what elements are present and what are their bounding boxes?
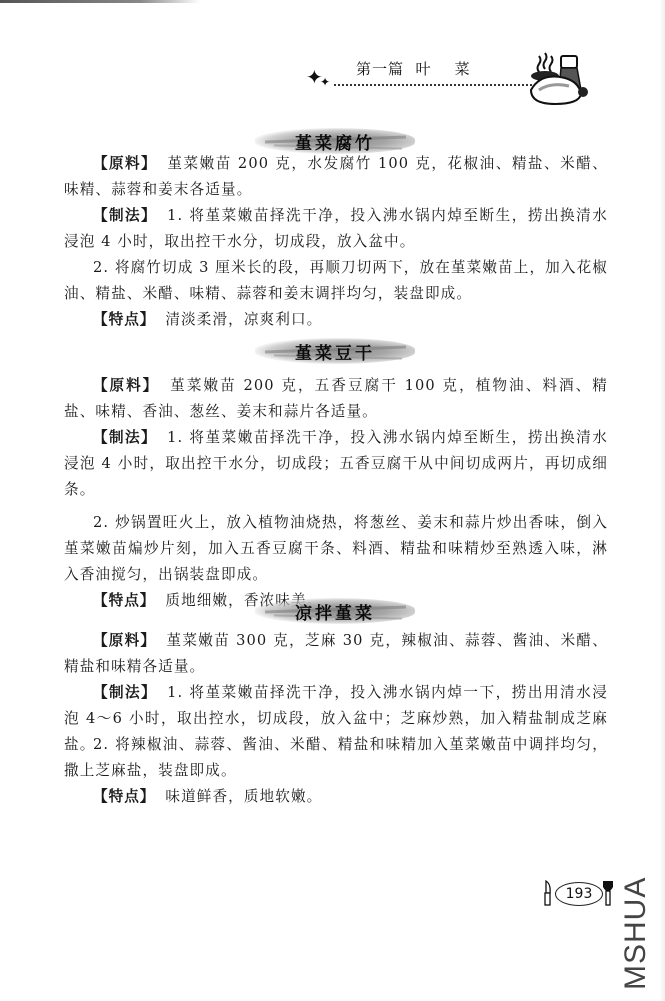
ingredients-label: 【原料】 xyxy=(93,377,159,394)
method-step-text: 2. 将辣椒油、蒜蓉、酱油、米醋、精盐和味精加入堇菜嫩苗中调拌均匀，撒上芝麻盐，… xyxy=(64,736,608,779)
scan-top-edge xyxy=(0,0,200,3)
features-label: 【特点】 xyxy=(93,592,155,609)
recipe-1-features: 【特点】清淡柔滑，凉爽利口。 xyxy=(64,307,608,333)
method-label: 【制法】 xyxy=(93,207,157,224)
recipe-1-ingredients: 【原料】堇菜嫩苗 200 克，水发腐竹 100 克，花椒油、精盐、米醋、味精、蒜… xyxy=(64,151,608,203)
recipe-1-method-step-1: 【制法】1. 将堇菜嫩苗择洗干净，投入沸水锅内焯至断生，捞出换清水浸泡 4 小时… xyxy=(64,203,608,255)
features-label: 【特点】 xyxy=(93,311,155,328)
ingredients-label: 【原料】 xyxy=(93,632,156,649)
method-label: 【制法】 xyxy=(93,429,157,446)
recipe-1-method-step-2: 2. 将腐竹切成 3 厘米长的段，再顺刀切两下，放在堇菜嫩苗上，加入花椒油、精盐… xyxy=(64,255,608,307)
recipe-title-2: 堇菜豆干 xyxy=(255,334,415,368)
recipe-3-method-step-2: 2. 将辣椒油、蒜蓉、酱油、米醋、精盐和味精加入堇菜嫩苗中调拌均匀，撒上芝麻盐，… xyxy=(64,732,608,784)
recipe-2-ingredients: 【原料】堇菜嫩苗 200 克，五香豆腐干 100 克，植物油、料酒、精盐、味精、… xyxy=(64,373,608,425)
features-text: 味道鲜香，质地软嫩。 xyxy=(165,788,322,805)
sparkle-small-icon: ✦ xyxy=(320,76,330,88)
method-step-text: 2. 炒锅置旺火上，放入植物油烧热，将葱丝、姜末和蒜片炒出香味，倒入堇菜嫩苗煸炒… xyxy=(64,514,608,583)
dotted-rule xyxy=(334,84,544,86)
knife-icon xyxy=(542,880,554,906)
scan-right-edge xyxy=(659,0,665,1001)
ingredients-label: 【原料】 xyxy=(93,155,157,172)
page-number: 193 xyxy=(566,886,593,902)
watermark: MSHUA xyxy=(618,880,654,990)
method-label: 【制法】 xyxy=(93,684,157,701)
recipe-3-ingredients: 【原料】堇菜嫩苗 300 克，芝麻 30 克，辣椒油、蒜蓉、酱油、米醋、精盐和味… xyxy=(64,628,608,680)
recipe-3-features: 【特点】味道鲜香，质地软嫩。 xyxy=(64,784,608,810)
page-folio: 193 xyxy=(542,878,614,908)
fork-icon xyxy=(602,880,614,906)
features-text: 清淡柔滑，凉爽利口。 xyxy=(165,311,322,328)
page-number-oval: 193 xyxy=(555,882,603,906)
recipe-2-method-step-1: 【制法】1. 将堇菜嫩苗择洗干净，投入沸水锅内焯至断生，捞出换清水浸泡 4 小时… xyxy=(64,425,608,503)
recipe-2-method-step-2: 2. 炒锅置旺火上，放入植物油烧热，将葱丝、姜末和蒜片炒出香味，倒入堇菜嫩苗煸炒… xyxy=(64,510,608,588)
chef-serving-dish-icon xyxy=(525,50,595,108)
chapter-title: 第一篇 叶 菜 xyxy=(356,58,471,79)
method-step-text: 2. 将腐竹切成 3 厘米长的段，再顺刀切两下，放在堇菜嫩苗上，加入花椒油、精盐… xyxy=(64,259,608,302)
recipe-title-3: 凉拌堇菜 xyxy=(255,594,415,628)
features-label: 【特点】 xyxy=(93,788,155,805)
running-head: ✦ ✦ 第一篇 叶 菜 xyxy=(296,52,556,92)
